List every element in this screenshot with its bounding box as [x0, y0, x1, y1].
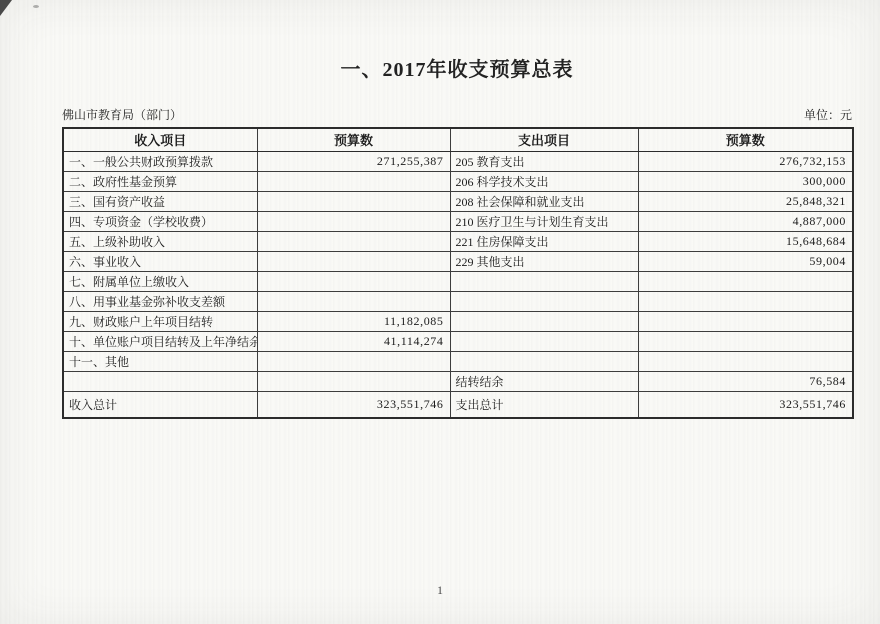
- expense-budget-cell: 300,000: [638, 171, 853, 191]
- income-item-cell: 九、财政账户上年项目结转: [63, 311, 257, 331]
- table-row: 五、上级补助收入221 住房保障支出15,648,684: [63, 231, 853, 251]
- table-header-row: 收入项目 预算数 支出项目 预算数: [63, 128, 853, 151]
- expense-item-cell: 208 社会保障和就业支出: [450, 191, 638, 211]
- income-budget-cell: [257, 211, 450, 231]
- table-row: 九、财政账户上年项目结转11,182,085: [63, 311, 853, 331]
- income-item-cell: 三、国有资产收益: [63, 191, 257, 211]
- header-expense-item: 支出项目: [450, 128, 638, 151]
- income-item-cell: 六、事业收入: [63, 251, 257, 271]
- table-row: 三、国有资产收益208 社会保障和就业支出25,848,321: [63, 191, 853, 211]
- income-budget-cell: 11,182,085: [257, 311, 450, 331]
- expense-budget-cell: 323,551,746: [638, 391, 853, 418]
- expense-budget-cell: [638, 351, 853, 371]
- page-title: 一、2017年收支预算总表: [62, 53, 852, 82]
- income-budget-cell: [257, 231, 450, 251]
- income-item-cell: 八、用事业基金弥补收支差额: [63, 291, 257, 311]
- income-budget-cell: [257, 371, 450, 391]
- expense-budget-cell: 59,004: [638, 251, 853, 271]
- expense-budget-cell: 276,732,153: [638, 151, 853, 171]
- scanned-document-page: 一、2017年收支预算总表 佛山市教育局（部门） 单位：元 收入项目 预算数 支…: [0, 0, 880, 624]
- income-budget-cell: [257, 351, 450, 371]
- income-budget-cell: 271,255,387: [257, 151, 450, 171]
- header-expense-budget: 预算数: [638, 128, 853, 151]
- expense-item-cell: [450, 271, 638, 291]
- unit-label: 单位：元: [804, 106, 852, 123]
- table-subheader: 佛山市教育局（部门） 单位：元: [62, 106, 852, 123]
- table-row: 收入总计323,551,746支出总计323,551,746: [63, 391, 853, 418]
- scan-corner-artifact: [0, 0, 12, 16]
- expense-item-cell: 210 医疗卫生与计划生育支出: [450, 211, 638, 231]
- income-item-cell: 一、一般公共财政预算拨款: [63, 151, 257, 171]
- expense-item-cell: [450, 331, 638, 351]
- expense-budget-cell: 4,887,000: [638, 211, 853, 231]
- table-row: 二、政府性基金预算206 科学技术支出300,000: [63, 171, 853, 191]
- department-label: 佛山市教育局（部门）: [62, 106, 182, 123]
- expense-item-cell: [450, 291, 638, 311]
- table-row: 十一、其他: [63, 351, 853, 371]
- income-budget-cell: [257, 291, 450, 311]
- income-item-cell: 二、政府性基金预算: [63, 171, 257, 191]
- scan-speck-artifact: [33, 5, 39, 8]
- document-content: 一、2017年收支预算总表 佛山市教育局（部门） 单位：元 收入项目 预算数 支…: [62, 0, 852, 419]
- budget-summary-table: 收入项目 预算数 支出项目 预算数 一、一般公共财政预算拨款271,255,38…: [62, 127, 854, 419]
- income-budget-cell: [257, 271, 450, 291]
- expense-item-cell: [450, 351, 638, 371]
- income-item-cell: [63, 371, 257, 391]
- header-income-item: 收入项目: [63, 128, 257, 151]
- expense-budget-cell: [638, 271, 853, 291]
- expense-item-cell: [450, 311, 638, 331]
- table-row: 八、用事业基金弥补收支差额: [63, 291, 853, 311]
- income-budget-cell: [257, 191, 450, 211]
- income-budget-cell: 323,551,746: [257, 391, 450, 418]
- table-row: 七、附属单位上缴收入: [63, 271, 853, 291]
- income-item-cell: 十、单位账户项目结转及上年净结余: [63, 331, 257, 351]
- expense-item-cell: 结转结余: [450, 371, 638, 391]
- expense-item-cell: 支出总计: [450, 391, 638, 418]
- income-item-cell: 收入总计: [63, 391, 257, 418]
- income-budget-cell: 41,114,274: [257, 331, 450, 351]
- income-budget-cell: [257, 171, 450, 191]
- table-row: 四、专项资金（学校收费）210 医疗卫生与计划生育支出4,887,000: [63, 211, 853, 231]
- expense-item-cell: 229 其他支出: [450, 251, 638, 271]
- income-item-cell: 十一、其他: [63, 351, 257, 371]
- expense-item-cell: 206 科学技术支出: [450, 171, 638, 191]
- income-item-cell: 五、上级补助收入: [63, 231, 257, 251]
- table-row: 六、事业收入229 其他支出59,004: [63, 251, 853, 271]
- expense-budget-cell: 76,584: [638, 371, 853, 391]
- expense-item-cell: 205 教育支出: [450, 151, 638, 171]
- expense-budget-cell: [638, 291, 853, 311]
- table-row: 一、一般公共财政预算拨款271,255,387205 教育支出276,732,1…: [63, 151, 853, 171]
- income-item-cell: 四、专项资金（学校收费）: [63, 211, 257, 231]
- income-budget-cell: [257, 251, 450, 271]
- expense-budget-cell: 25,848,321: [638, 191, 853, 211]
- expense-budget-cell: 15,648,684: [638, 231, 853, 251]
- expense-budget-cell: [638, 311, 853, 331]
- table-row: 结转结余76,584: [63, 371, 853, 391]
- income-item-cell: 七、附属单位上缴收入: [63, 271, 257, 291]
- table-row: 十、单位账户项目结转及上年净结余41,114,274: [63, 331, 853, 351]
- page-number: 1: [0, 583, 880, 598]
- header-income-budget: 预算数: [257, 128, 450, 151]
- expense-budget-cell: [638, 331, 853, 351]
- expense-item-cell: 221 住房保障支出: [450, 231, 638, 251]
